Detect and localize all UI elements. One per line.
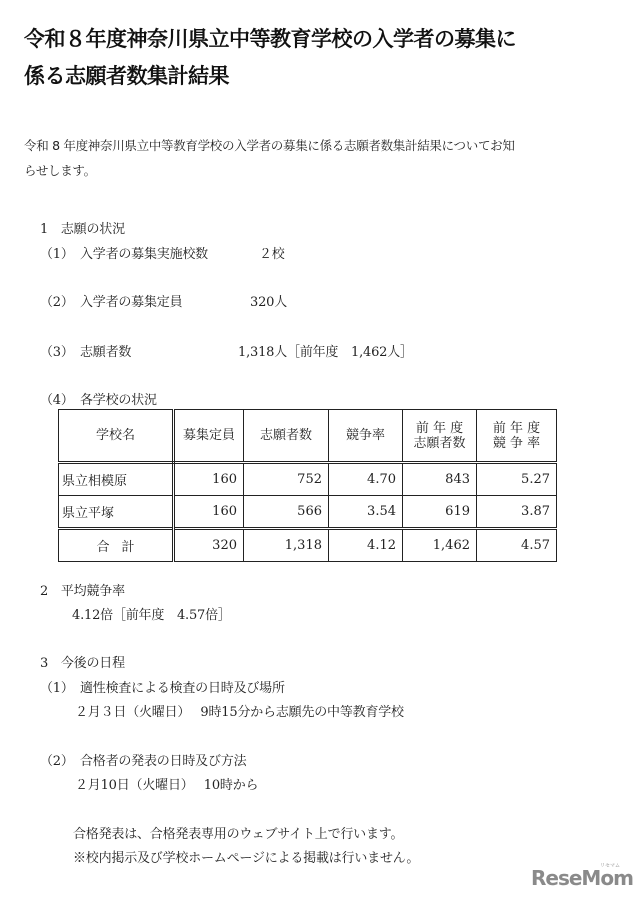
- table-total-row: 合計 320 1,318 4.12 1,462 4.57: [59, 529, 557, 562]
- cell-total-ratio: 4.12: [329, 529, 403, 562]
- note-no-posting: ※校内掲示及び学校ホームページによる掲載は行いません。: [73, 847, 419, 866]
- cell-total-prev-applicants: 1,462: [403, 529, 477, 562]
- page-title-line2: 係る志願者数集計結果: [24, 60, 229, 90]
- lead-line2: らせします。: [24, 161, 96, 179]
- cell-ratio: 3.54: [329, 496, 403, 529]
- table-row: 県立相模原 160 752 4.70 843 5.27: [59, 463, 557, 496]
- section2-value: 4.12倍［前年度 4.57倍］: [72, 604, 231, 623]
- resemom-logo: ReseMom: [531, 866, 633, 890]
- cell-applicants: 566: [244, 496, 329, 529]
- header-capacity: 募集定員: [174, 410, 244, 463]
- schedule2-detail: ２月10日（火曜日） 10時から: [75, 774, 258, 793]
- header-prev-ratio: 前 年 度競 争 率: [477, 410, 557, 463]
- cell-prev-ratio: 3.87: [477, 496, 557, 529]
- cell-capacity: 160: [174, 463, 244, 496]
- page-title-line1: 令和８年度神奈川県立中等教育学校の入学者の募集に: [24, 23, 516, 53]
- header-school-name: 学校名: [59, 410, 174, 463]
- schools-table: 学校名 募集定員 志願者数 競争率 前 年 度志願者数 前 年 度競 争 率 県…: [58, 409, 557, 562]
- cell-total-label: 合計: [59, 529, 174, 562]
- item3-label: （3） 志願者数: [40, 341, 131, 360]
- table-header-row: 学校名 募集定員 志願者数 競争率 前 年 度志願者数 前 年 度競 争 率: [59, 410, 557, 463]
- cell-total-capacity: 320: [174, 529, 244, 562]
- cell-applicants: 752: [244, 463, 329, 496]
- table-row: 県立平塚 160 566 3.54 619 3.87: [59, 496, 557, 529]
- lead-line1: 令和 8 年度神奈川県立中等教育学校の入学者の募集に係る志願者数集計結果について…: [24, 136, 515, 154]
- header-prev-applicants: 前 年 度志願者数: [403, 410, 477, 463]
- item1-label: （1） 入学者の募集実施校数: [40, 243, 208, 262]
- section1-heading: 1 志願の状況: [40, 218, 125, 237]
- section2-heading: 2 平均競争率: [40, 580, 125, 599]
- section3-heading: 3 今後の日程: [40, 652, 125, 671]
- header-applicants: 志願者数: [244, 410, 329, 463]
- item2-value: 320人: [250, 291, 287, 310]
- note-announcement: 合格発表は、合格発表専用のウェブサイト上で行います。: [73, 823, 403, 842]
- cell-total-prev-ratio: 4.57: [477, 529, 557, 562]
- cell-school-name: 県立平塚: [59, 496, 174, 529]
- item4-label: （4） 各学校の状況: [40, 389, 157, 408]
- cell-total-applicants: 1,318: [244, 529, 329, 562]
- cell-prev-applicants: 619: [403, 496, 477, 529]
- header-ratio: 競争率: [329, 410, 403, 463]
- item3-value: 1,318人［前年度 1,462人］: [238, 341, 413, 360]
- item2-label: （2） 入学者の募集定員: [40, 291, 182, 310]
- cell-prev-applicants: 843: [403, 463, 477, 496]
- resemom-logo-kana: リセマム: [600, 862, 620, 869]
- cell-capacity: 160: [174, 496, 244, 529]
- cell-school-name: 県立相模原: [59, 463, 174, 496]
- schedule1-label: （1） 適性検査による検査の日時及び場所: [40, 677, 285, 696]
- cell-prev-ratio: 5.27: [477, 463, 557, 496]
- cell-ratio: 4.70: [329, 463, 403, 496]
- item1-value: ２校: [259, 243, 285, 262]
- schedule2-label: （2） 合格者の発表の日時及び方法: [40, 750, 246, 769]
- schedule1-detail: ２月３日（火曜日） 9時15分から志願先の中等教育学校: [75, 701, 404, 720]
